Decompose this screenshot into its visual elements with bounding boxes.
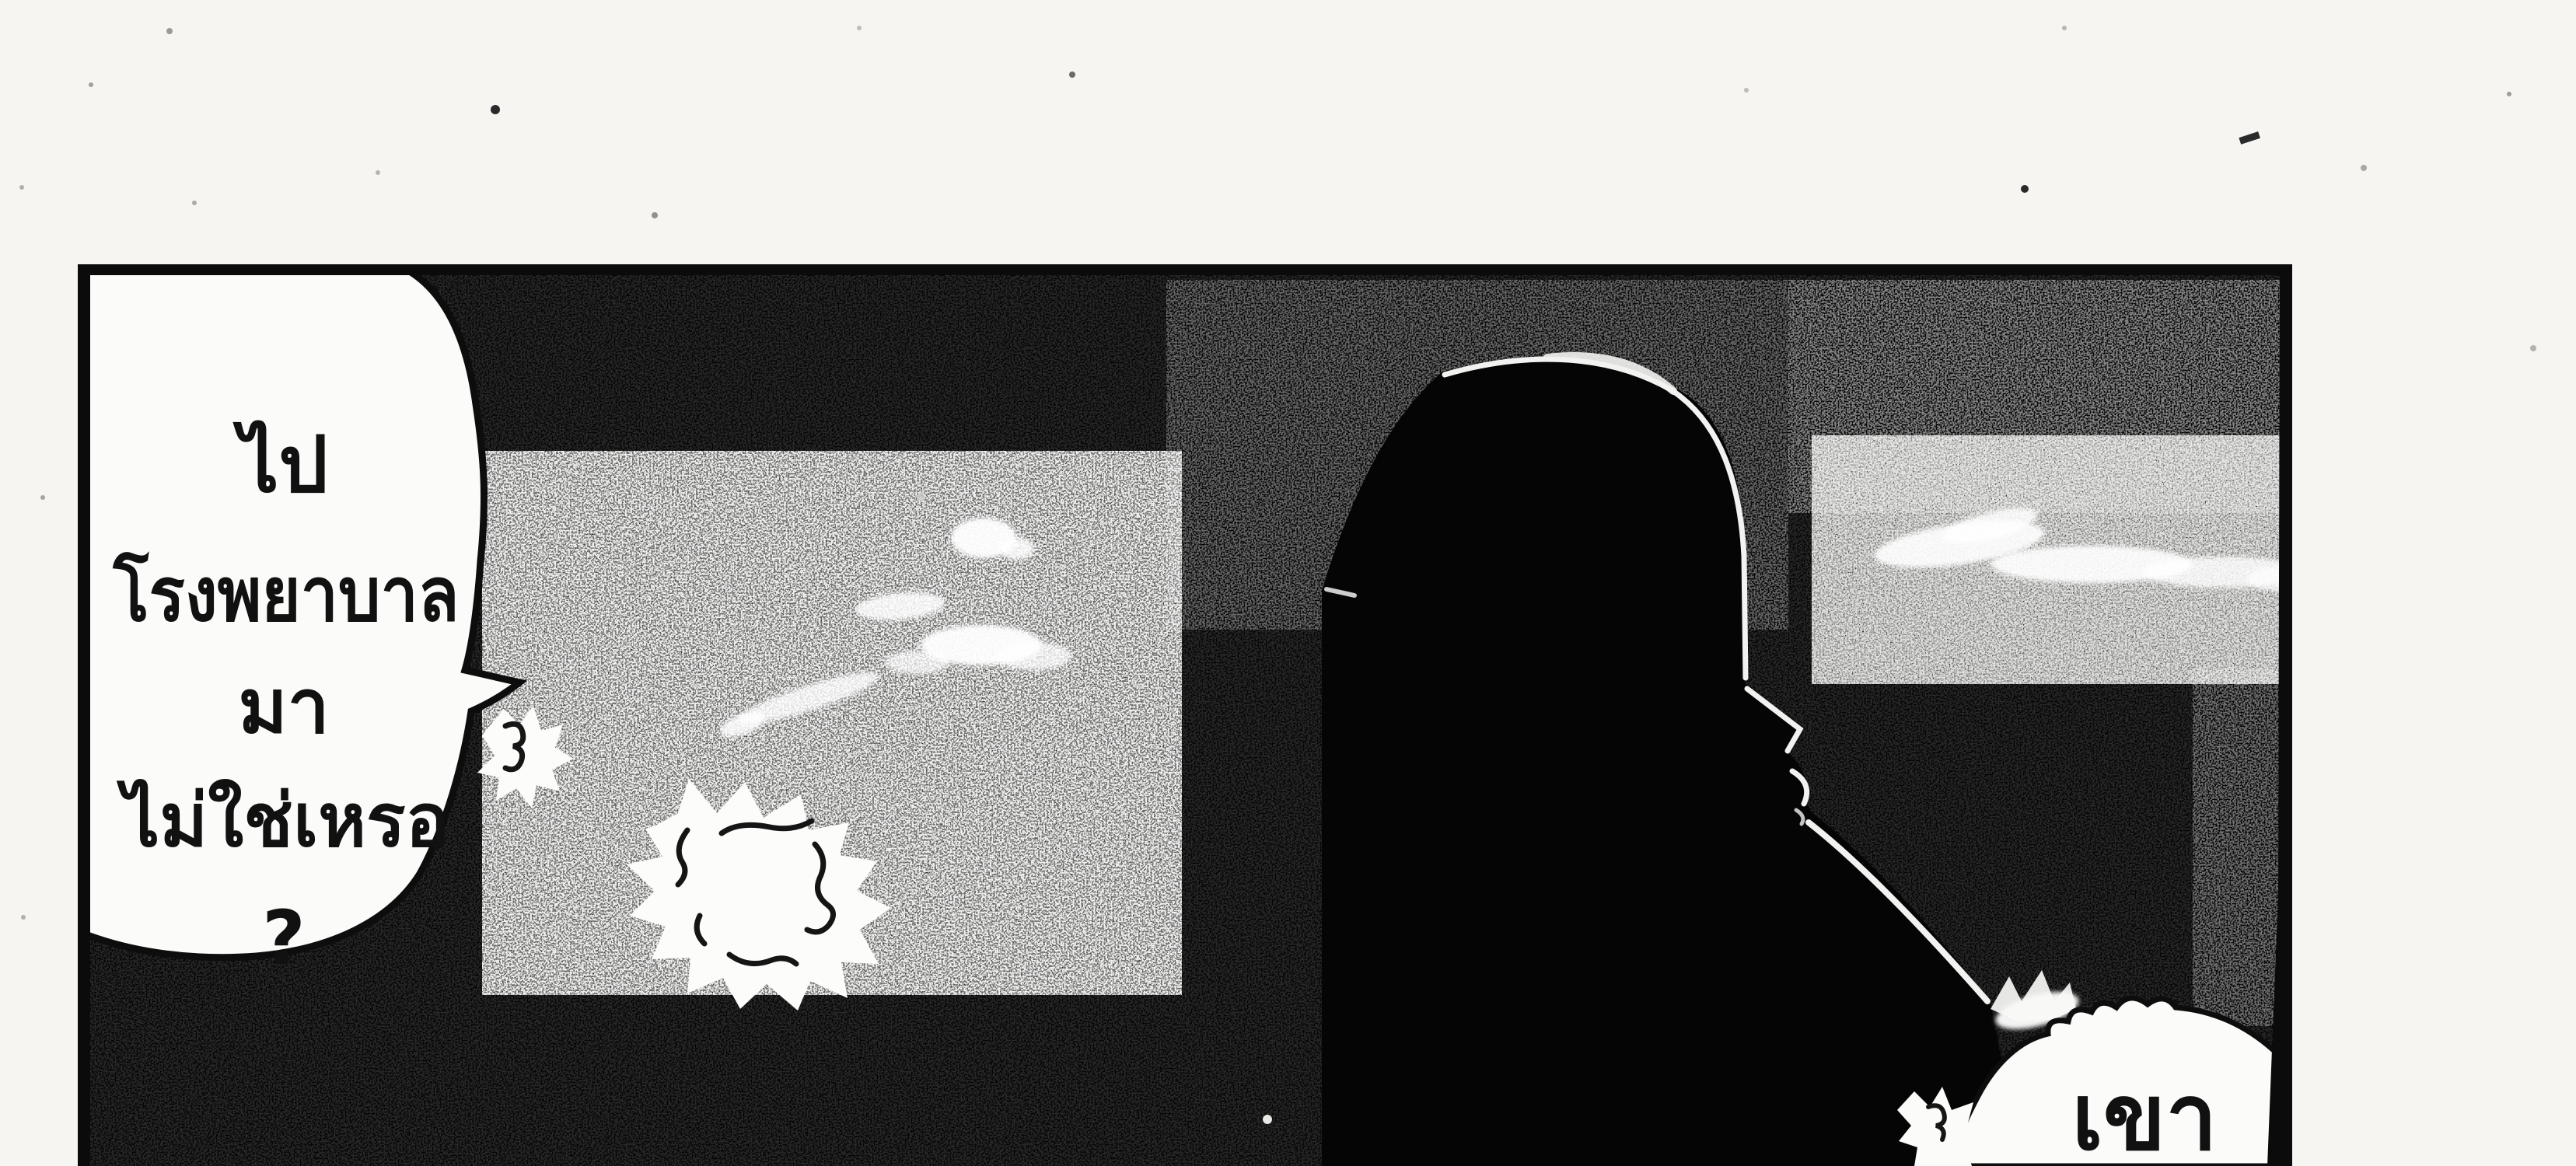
comic-panel (82, 264, 2317, 1166)
dust-speck (2361, 165, 2367, 171)
dust-speck (1744, 88, 1749, 93)
cloud-blob (1000, 538, 1034, 560)
dust-speck (376, 170, 380, 175)
dust-speck (192, 201, 197, 205)
dust-speck (491, 105, 500, 114)
dust-speck (2062, 26, 2067, 30)
cloud-blob (997, 642, 1071, 670)
left-bubble-question-mark: ? (262, 895, 306, 982)
manga-page: ไป โรงพยาบาล มา ไม่ใช่เหรอ ? เขา (0, 0, 2576, 1166)
star-dot (918, 494, 925, 501)
dust-speck (652, 212, 658, 218)
right-bubble-text: เขา (2071, 1063, 2217, 1166)
left-bubble-line-3: มา (238, 663, 329, 750)
dust-speck (857, 26, 862, 30)
dust-speck (2507, 92, 2511, 96)
dust-speck (2021, 185, 2029, 193)
manga-panel-artwork: ไป โรงพยาบาล มา ไม่ใช่เหรอ ? เขา (0, 0, 2576, 1166)
dust-speck (89, 82, 93, 87)
left-bubble-line-1: ไป (232, 419, 328, 510)
dust-speck (19, 185, 24, 190)
panel-border-left (78, 264, 90, 1166)
panel-border-top (78, 264, 2292, 275)
left-bubble-line-4: ไม่ใช่เหรอ (116, 779, 449, 864)
star-dot (1263, 1115, 1272, 1124)
left-bubble-line-2: โรงพยาบาล (113, 551, 460, 638)
film-grain-region (2193, 669, 2286, 1026)
dust-speck (21, 915, 26, 920)
dust-speck (40, 495, 45, 500)
dust-speck (166, 28, 173, 34)
cloud-blob (885, 651, 950, 674)
dust-speck (1069, 72, 1075, 78)
dust-speck (2530, 345, 2536, 351)
